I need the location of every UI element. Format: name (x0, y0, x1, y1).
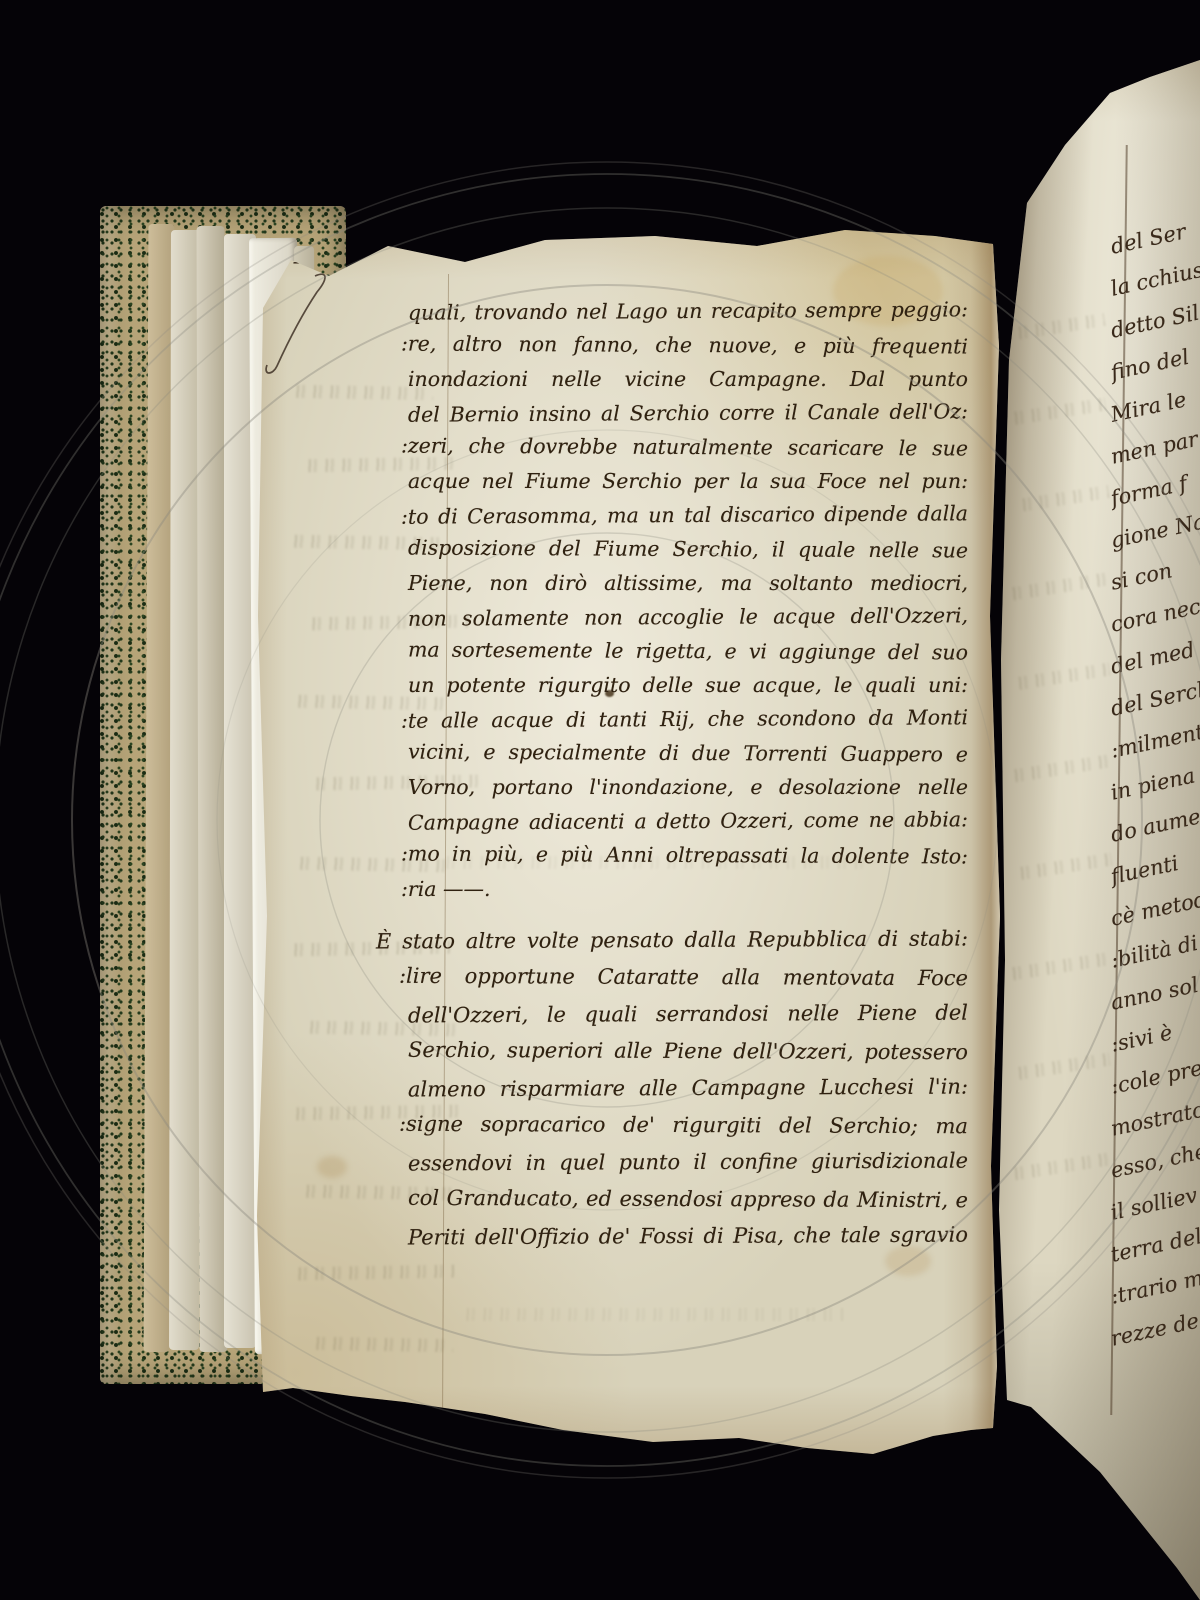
manuscript-line: essendovi in quel punto il confine giuri… (408, 1143, 968, 1183)
manuscript-fragment: :milment (1109, 720, 1200, 763)
manuscript-line: :ria ——. (401, 872, 968, 906)
manuscript-fragment: :bilità di (1109, 931, 1200, 973)
manuscript-fragment: :sivi è (1109, 1020, 1175, 1056)
manuscript-fragment: del Serch (1109, 676, 1200, 721)
foxing-stain (317, 1156, 347, 1178)
manuscript-line: disposizione del Fiume Serchio, il quale… (408, 531, 968, 568)
bleedthrough-text (1015, 663, 1111, 691)
bleedthrough-text (1017, 853, 1113, 881)
manuscript-line: del Bernio insino al Serchio corre il Ca… (408, 394, 968, 431)
manuscript-line: Vorno, portano l'inondazione, e desolazi… (408, 770, 968, 804)
bleedthrough-text (1019, 485, 1110, 512)
manuscript-fragment: fino del (1109, 345, 1192, 385)
bleedthrough-text (1009, 952, 1110, 980)
manuscript-fragment: forma f (1109, 471, 1190, 511)
manuscript-line: quali, trovando nel Lago un recapito sem… (408, 292, 968, 329)
manuscript-fragment: la cchius (1109, 258, 1200, 301)
manuscript-fragment: :trario m (1109, 1266, 1200, 1309)
manuscript-fragment: si con (1109, 558, 1175, 594)
manuscript-line: :te alle acque di tanti Rij, che scondon… (401, 700, 968, 737)
manuscript-line: Serchio, superiori alle Piene dell'Ozzer… (408, 1032, 968, 1071)
page-stub (197, 226, 228, 1352)
manuscript-line: col Granducato, ed essendosi appreso da … (408, 1180, 968, 1219)
bleedthrough-text (295, 1265, 455, 1281)
manuscript-fragment: del Ser (1109, 219, 1188, 258)
bleedthrough-text (1015, 1053, 1111, 1081)
bleedthrough-text (1011, 398, 1107, 426)
manuscript-fragment: cè metod (1109, 887, 1200, 931)
book-photo: 4. quali, trovando nel Lago un recapito … (0, 0, 1200, 1600)
bleedthrough-text (313, 1337, 453, 1352)
right-page: del Ser la cchius detto Sil fino del Mir… (985, 60, 1200, 1600)
manuscript-line: non solamente non accoglie le acque dell… (408, 598, 968, 635)
manuscript-fragment: cora nec (1109, 594, 1200, 636)
bleedthrough-text (1011, 1152, 1112, 1180)
manuscript-line: :signe sopracarico de' rigurgiti del Ser… (399, 1106, 968, 1145)
manuscript-fragment: do aume (1109, 804, 1200, 846)
manuscript-line: :zeri, che dovrebbe naturalmente scarica… (401, 429, 968, 466)
manuscript-text-block: quali, trovando nel Lago un recapito sem… (408, 294, 968, 1255)
manuscript-fragment: in piena (1109, 763, 1198, 804)
manuscript-line: dell'Ozzeri, le quali serrandosi nelle P… (408, 995, 968, 1035)
manuscript-line: inondazioni nelle vicine Campagne. Dal p… (408, 362, 968, 396)
manuscript-line: Campagne adiacenti a detto Ozzeri, come … (408, 802, 968, 839)
manuscript-fragment: anno sol (1109, 973, 1200, 1015)
manuscript-line: acque nel Fiume Serchio per la sua Foce … (408, 464, 968, 498)
manuscript-fragment: il solliev (1109, 1183, 1200, 1225)
manuscript-fragment: mostrato (1109, 1097, 1200, 1140)
paragraph: quali, trovando nel Lago un recapito sem… (408, 294, 968, 906)
bleedthrough-text (1011, 754, 1112, 782)
manuscript-line: Piene, non dirò altissime, ma soltanto m… (408, 566, 968, 600)
manuscript-fragment: del med (1109, 638, 1197, 679)
manuscript-line: È stato altre volte pensato dalla Repubb… (376, 920, 968, 960)
manuscript-fragment: :cole prefa (1109, 1052, 1200, 1099)
manuscript-fragment: rezze dec (1109, 1306, 1200, 1351)
bleedthrough-text (463, 1308, 843, 1321)
bleedthrough-text (1009, 572, 1110, 600)
manuscript-line: un potente rigurgito delle sue acque, le… (408, 668, 968, 702)
manuscript-line: ma sortesemente le rigetta, e vi aggiung… (408, 633, 968, 670)
manuscript-fragment: terra delle (1109, 1220, 1200, 1267)
manuscript-line: Periti dell'Offizio de' Fossi di Pisa, c… (408, 1217, 968, 1257)
paragraph: È stato altre volte pensato dalla Repubb… (408, 922, 968, 1255)
manuscript-fragment: fluenti (1109, 851, 1181, 889)
manuscript-fragment: detto Sil (1109, 301, 1200, 343)
manuscript-line: vicini, e specialmente di due Torrenti G… (408, 735, 968, 772)
manuscript-line: almeno risparmiare alle Campagne Lucches… (408, 1069, 968, 1109)
manuscript-fragment: esso, che (1109, 1139, 1200, 1183)
manuscript-line: :lire opportune Cataratte alla mentovata… (399, 958, 968, 997)
bleedthrough-text (1015, 313, 1106, 340)
left-page: 4. quali, trovando nel Lago un recapito … (233, 216, 1007, 1474)
manuscript-line: :mo in più, e più Anni oltrepassati la d… (401, 837, 968, 874)
manuscript-line: :to di Cerasomma, ma un tal discarico di… (401, 496, 968, 533)
manuscript-line: :re, altro non fanno, che nuove, e più f… (401, 327, 968, 364)
manuscript-fragment: Mira le (1109, 387, 1189, 426)
